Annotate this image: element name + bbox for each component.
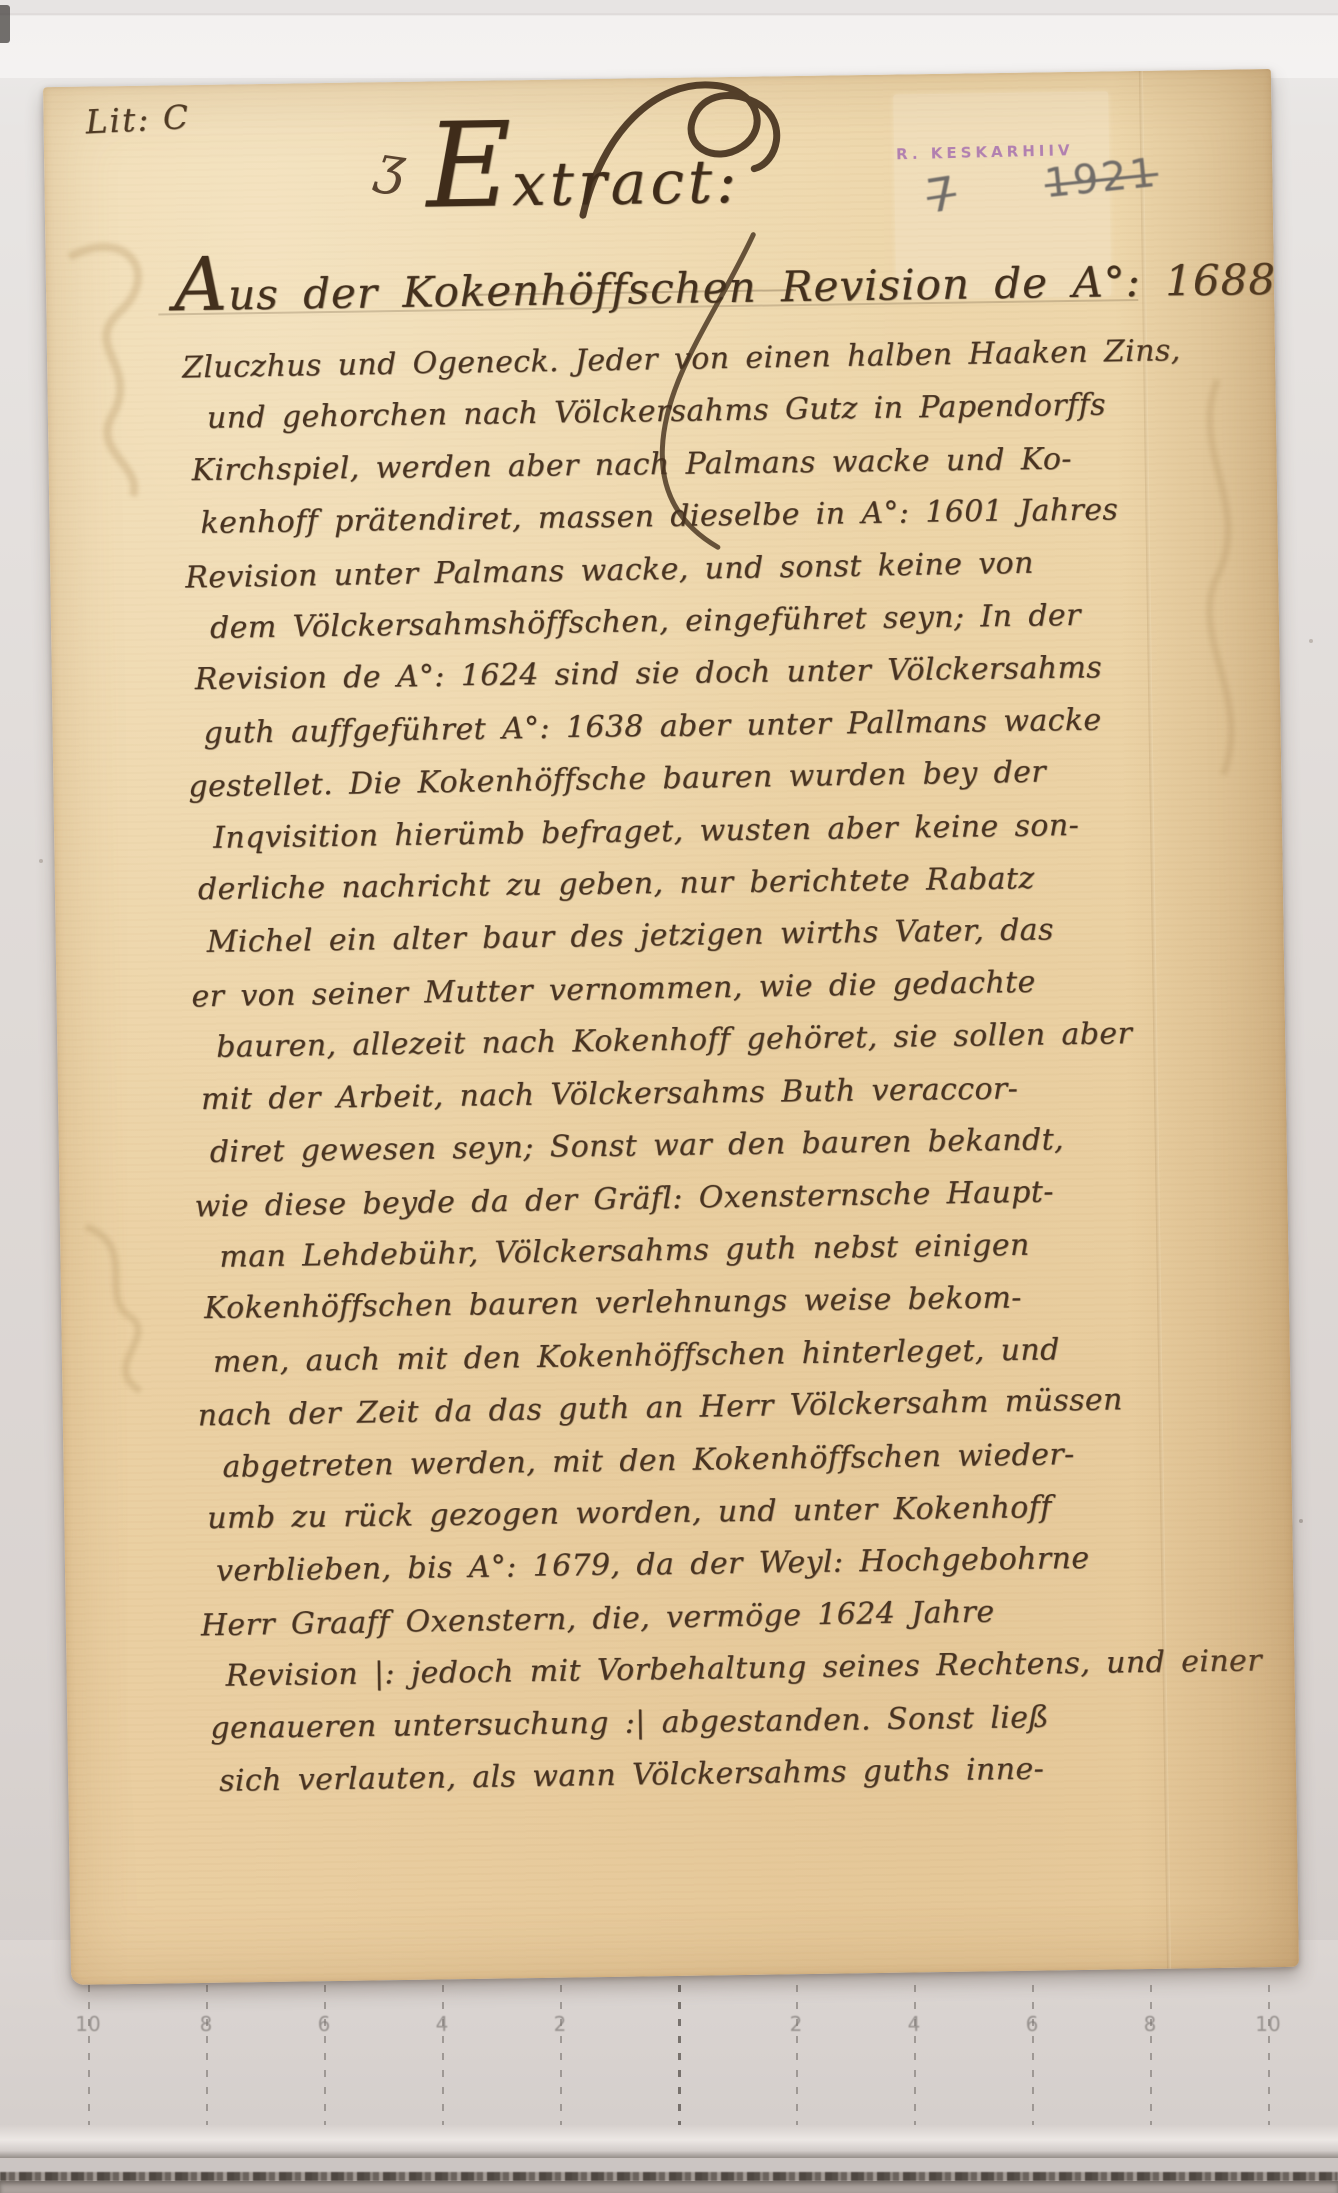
document-title: Extract:	[425, 93, 741, 235]
table-edge-debris	[0, 2172, 1338, 2181]
bleed-through-mark	[1177, 369, 1273, 790]
scanner-top-band	[0, 0, 1338, 78]
scanner-corner-mark	[0, 5, 10, 43]
bleed-through-mark	[68, 1205, 171, 1406]
ruler-number: 10	[73, 2012, 103, 2036]
ruler-number: 10	[1253, 2012, 1283, 2036]
ruler-number: 6	[1017, 2012, 1047, 2036]
bed-gap-strip	[0, 2158, 1338, 2172]
ruler-number: 4	[899, 2012, 929, 2036]
ink-squiggle: ʒ	[372, 134, 410, 198]
ruler-number: 4	[427, 2012, 457, 2036]
bottom-strip	[0, 2181, 1338, 2193]
ruler-number: 6	[309, 2012, 339, 2036]
scanner-edge-ridge	[0, 2125, 1338, 2158]
manuscript-body: Zluczhus und Ogeneck. Jeder von einen ha…	[180, 326, 1222, 1808]
lit-annotation: Lit: C	[85, 97, 191, 141]
fold-crease	[1139, 71, 1171, 1969]
bleed-through-mark	[49, 215, 183, 517]
archival-scan: { "annotations": { "lit_mark": "Lit: C",…	[0, 0, 1338, 2193]
ruler-number: 2	[781, 2012, 811, 2036]
ruler-number: 8	[191, 2012, 221, 2036]
ruler-number: 2	[545, 2012, 575, 2036]
ruler-number: 8	[1135, 2012, 1165, 2036]
manuscript-page: Lit: C ʒ Extract: R. KESKARHIIV 7 1921 A…	[43, 69, 1299, 1985]
document-heading: Aus der Kokenhöffschen Revision de A°: 1…	[173, 227, 1291, 329]
